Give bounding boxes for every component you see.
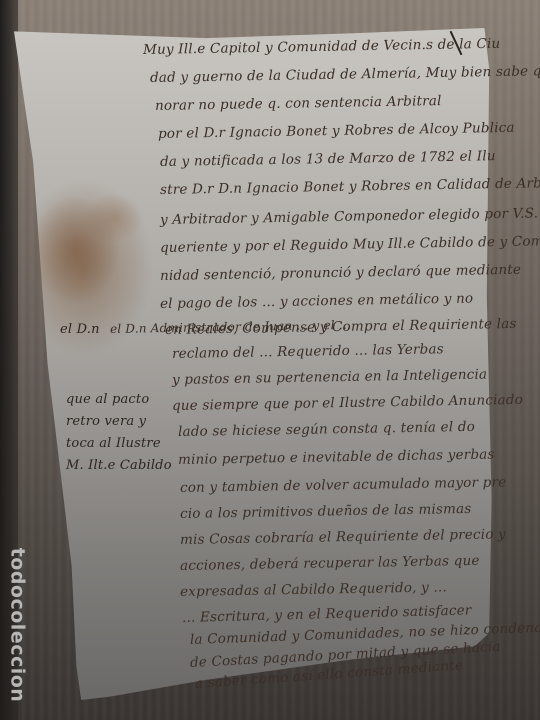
margin-note: M. Ilt.e Cabildo bbox=[66, 458, 172, 473]
margin-note: el D.n bbox=[60, 322, 100, 337]
margin-note: que al pacto bbox=[66, 392, 149, 407]
margin-note: toca al Ilustre bbox=[66, 436, 161, 451]
watermark: todocoleccion bbox=[4, 545, 30, 705]
watermark-text: todocoleccion bbox=[6, 548, 28, 703]
margin-note: retro vera y bbox=[66, 414, 146, 429]
water-stain bbox=[30, 195, 120, 305]
